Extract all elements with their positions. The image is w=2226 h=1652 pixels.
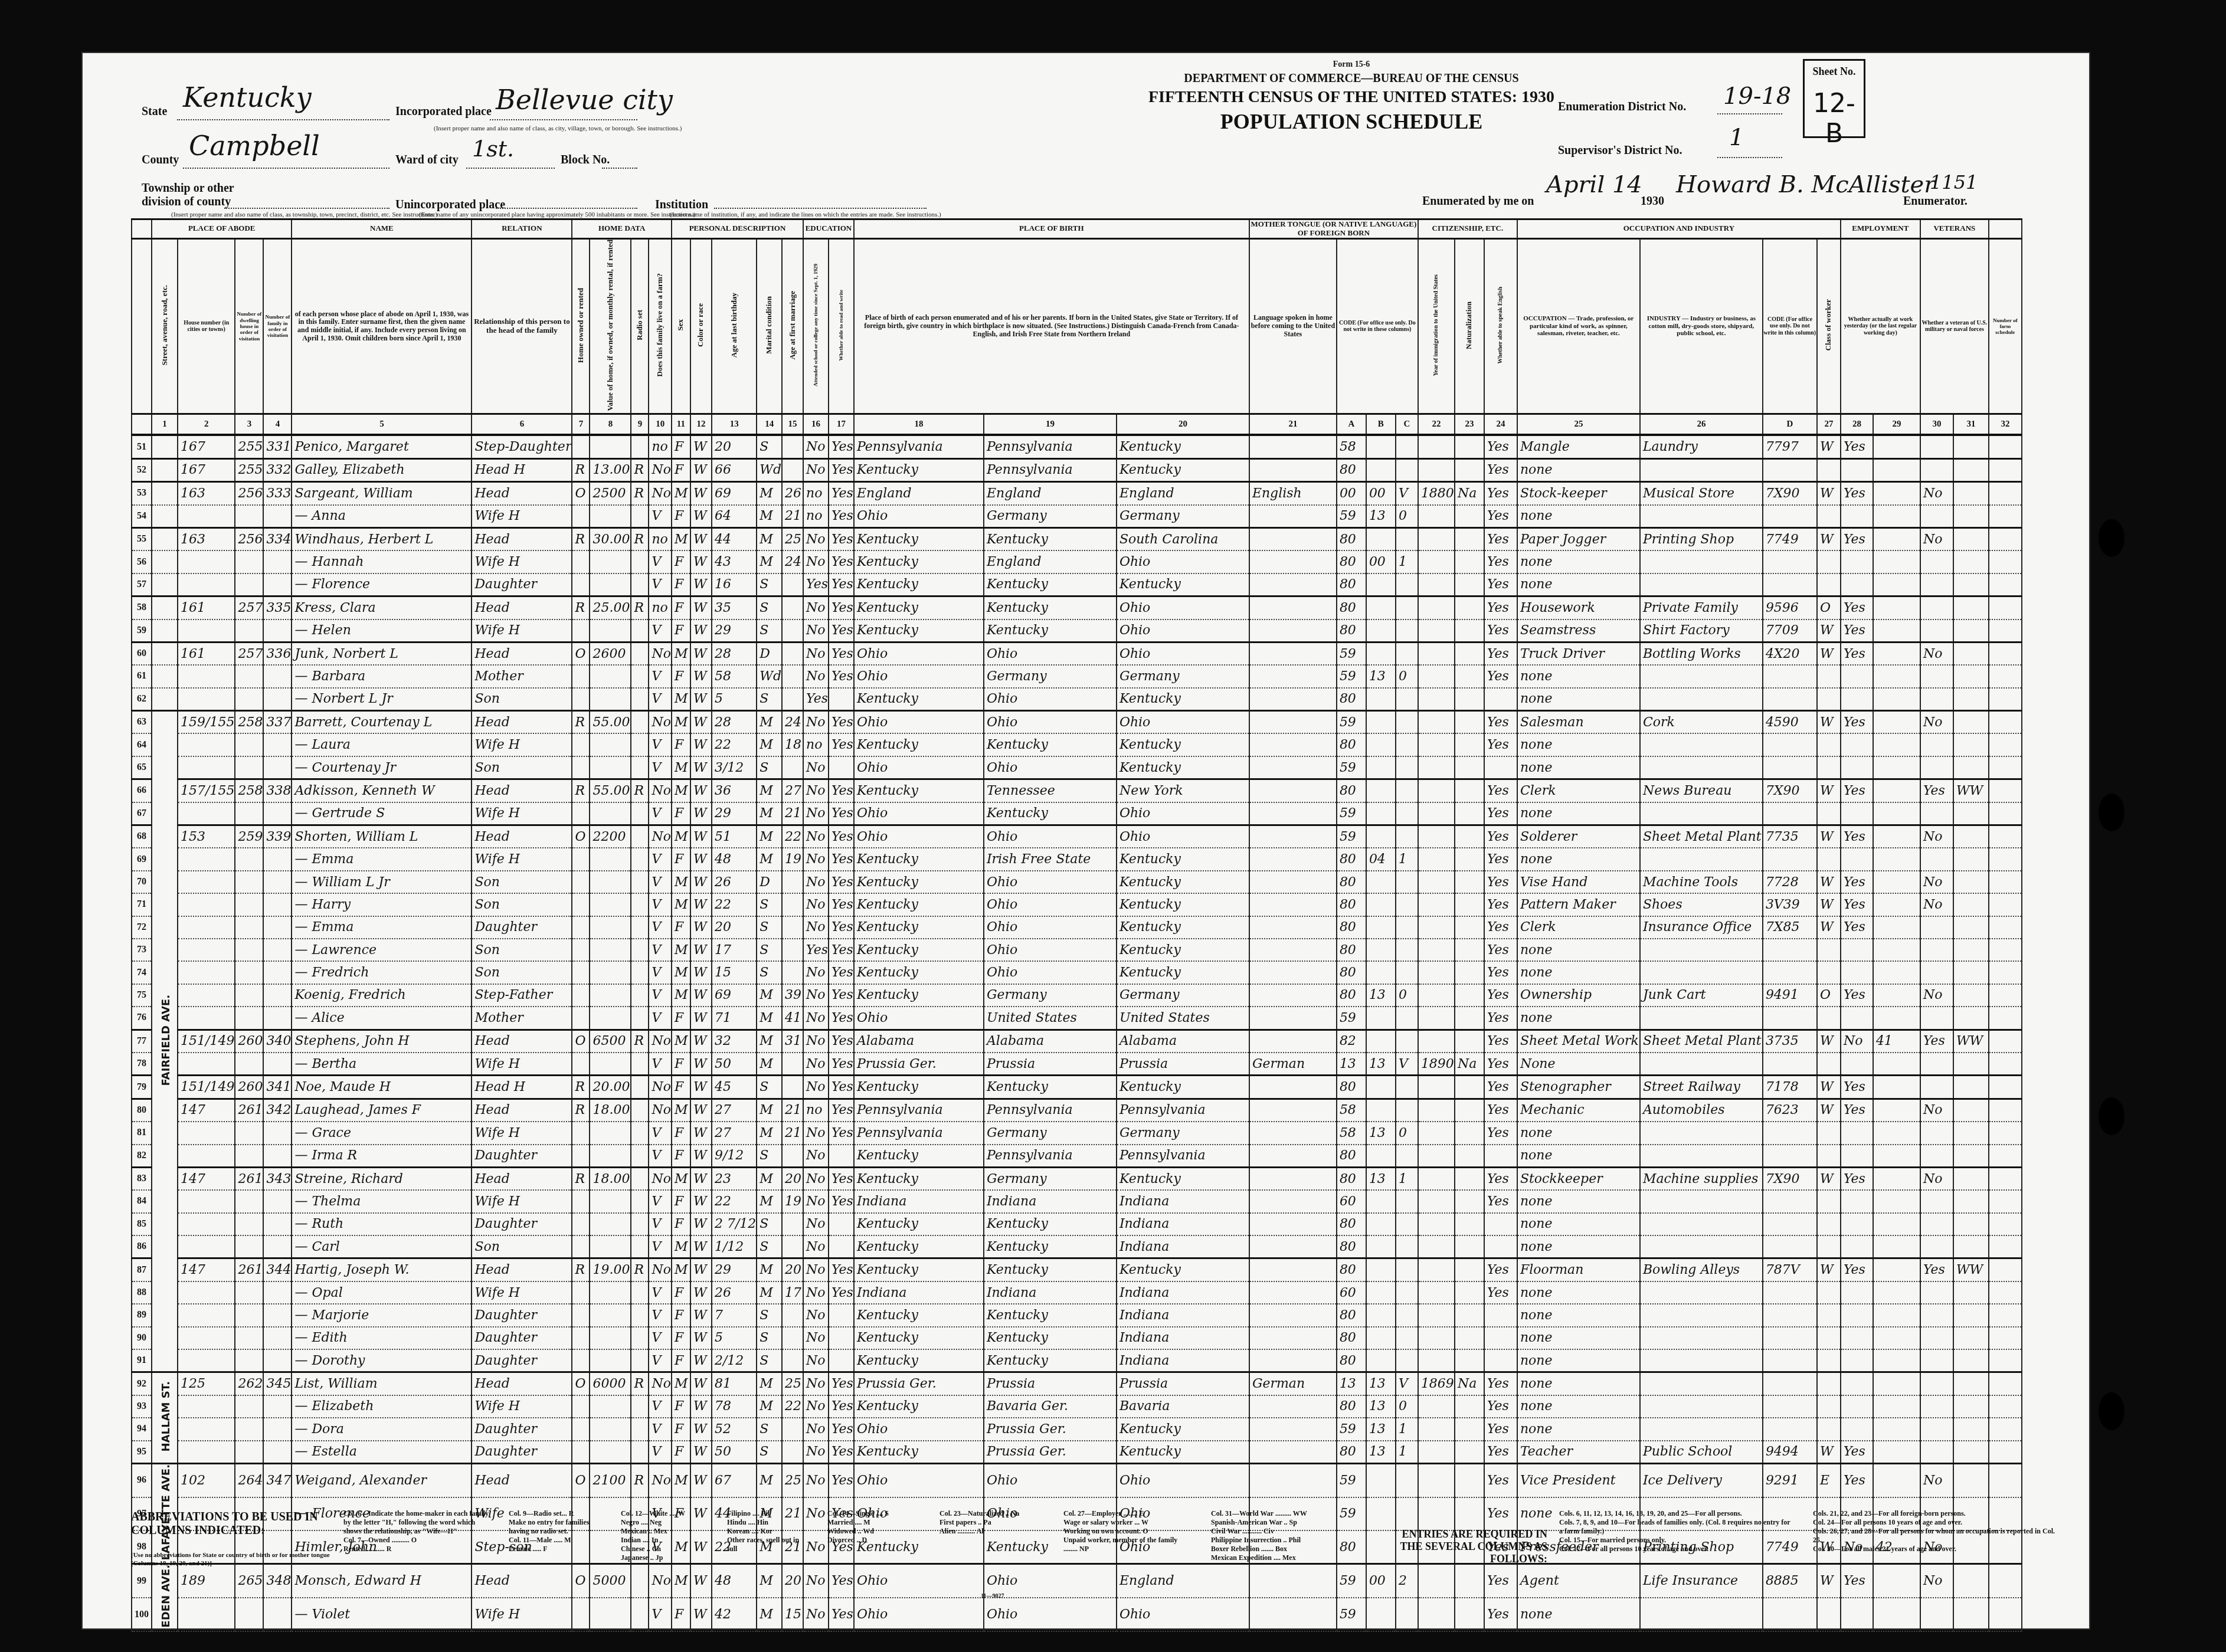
farm-schedule bbox=[1989, 961, 2022, 984]
code-b bbox=[1366, 1258, 1396, 1281]
occupation-code: 7797 bbox=[1763, 435, 1817, 458]
marital-status: S bbox=[757, 619, 782, 643]
home-value: 2600 bbox=[590, 642, 631, 665]
industry bbox=[1640, 1235, 1763, 1258]
read-write bbox=[829, 1145, 854, 1168]
line-number: 80 bbox=[132, 1099, 152, 1122]
at-work: Yes bbox=[1841, 642, 1873, 665]
age-first-marriage bbox=[782, 1213, 803, 1235]
race: W bbox=[690, 642, 712, 665]
occupation: Housework bbox=[1517, 596, 1640, 619]
speaks-english bbox=[1484, 1327, 1517, 1349]
age-first-marriage bbox=[782, 1076, 803, 1099]
read-write bbox=[829, 1213, 854, 1235]
at-work bbox=[1841, 688, 1873, 711]
birthplace-father: Kentucky bbox=[984, 1304, 1117, 1326]
house-number bbox=[178, 688, 235, 711]
dwelling-number: 261 bbox=[235, 1258, 263, 1281]
table-row: 61— BarbaraMotherVFW58WdNoYesOhioGermany… bbox=[132, 665, 2040, 687]
person-name: — Anna bbox=[292, 505, 472, 528]
birthplace-father: Kentucky bbox=[984, 733, 1117, 756]
home-tenure bbox=[572, 916, 590, 939]
code-c: 0 bbox=[1396, 1395, 1418, 1418]
home-tenure: O bbox=[572, 1030, 590, 1053]
birthplace-father: Tennessee bbox=[984, 779, 1117, 802]
table-row: 73— LawrenceSonVMW17SYesYesKentuckyOhioK… bbox=[132, 939, 2040, 961]
unincorporated-field-line bbox=[496, 208, 637, 209]
age: 23 bbox=[712, 1167, 757, 1190]
occupation: Floorman bbox=[1517, 1258, 1640, 1281]
sex: M bbox=[672, 482, 690, 505]
family-number bbox=[263, 665, 292, 687]
home-tenure bbox=[572, 733, 590, 756]
mother-tongue bbox=[1249, 619, 1337, 643]
table-row: 92HALLAM ST.125262345List, WilliamHeadO6… bbox=[132, 1372, 2040, 1395]
birthplace-father: Kentucky bbox=[984, 527, 1117, 550]
naturalization bbox=[1455, 916, 1484, 939]
birthplace-mother: Kentucky bbox=[1117, 573, 1249, 596]
schedule-title: POPULATION SCHEDULE bbox=[1086, 109, 1617, 134]
unemployment-line bbox=[1873, 848, 1920, 870]
house-number bbox=[178, 550, 235, 573]
farm-schedule bbox=[1989, 1418, 2022, 1440]
class-of-worker-head: Class of worker bbox=[1817, 238, 1841, 414]
column-number: 26 bbox=[1640, 414, 1763, 435]
mother-tongue bbox=[1249, 550, 1337, 573]
code-c bbox=[1396, 1327, 1418, 1349]
age: 51 bbox=[712, 825, 757, 848]
family-number bbox=[263, 1190, 292, 1212]
farm: V bbox=[649, 1122, 672, 1144]
unemployment-line bbox=[1873, 1145, 1920, 1168]
birthplace-father: Kentucky bbox=[984, 596, 1117, 619]
occupation: Salesman bbox=[1517, 711, 1640, 734]
naturalization bbox=[1455, 802, 1484, 825]
farm: V bbox=[649, 1213, 672, 1235]
home-tenure bbox=[572, 1053, 590, 1076]
street-name bbox=[152, 665, 178, 687]
industry bbox=[1640, 1122, 1763, 1144]
marital-status: S bbox=[757, 1213, 782, 1235]
school: No bbox=[803, 1190, 829, 1212]
birthplace-father: Kentucky bbox=[984, 1349, 1117, 1372]
family-number: 338 bbox=[263, 779, 292, 802]
age-marriage-head: Age at first marriage bbox=[782, 238, 803, 414]
birthplace-person: Alabama bbox=[854, 1030, 984, 1053]
sex: F bbox=[672, 435, 690, 458]
dwelling-number bbox=[235, 1122, 263, 1144]
farm: V bbox=[649, 1418, 672, 1440]
farm: no bbox=[649, 435, 672, 458]
birthplace-person: Ohio bbox=[854, 505, 984, 528]
occupation: Teacher bbox=[1517, 1441, 1640, 1464]
sex: M bbox=[672, 1099, 690, 1122]
industry bbox=[1640, 573, 1763, 596]
state-label: State bbox=[142, 105, 167, 119]
birthplace-father: Ohio bbox=[984, 939, 1117, 961]
table-row: 63FAIRFIELD AVE.159/155258337Barrett, Co… bbox=[132, 711, 2040, 734]
naturalization bbox=[1455, 711, 1484, 734]
home-tenure: O bbox=[572, 1372, 590, 1395]
marital-status: M bbox=[757, 1053, 782, 1076]
occupation-code: 9491 bbox=[1763, 984, 1817, 1007]
home-tenure: R bbox=[572, 779, 590, 802]
sex: F bbox=[672, 1007, 690, 1030]
occupation: Ownership bbox=[1517, 984, 1640, 1007]
farm: No bbox=[649, 1076, 672, 1099]
house-number bbox=[178, 665, 235, 687]
farm-schedule bbox=[1989, 1145, 2022, 1168]
radio-set bbox=[631, 1327, 649, 1349]
family-number: 345 bbox=[263, 1372, 292, 1395]
sheet-number-box: Sheet No. 12-B bbox=[1803, 59, 1865, 138]
birthplace-person: Kentucky bbox=[854, 1145, 984, 1168]
code-a: 80 bbox=[1337, 550, 1366, 573]
war bbox=[1953, 642, 1989, 665]
mother-tongue: German bbox=[1249, 1053, 1337, 1076]
line-number: 58 bbox=[132, 596, 152, 619]
mother-tongue bbox=[1249, 939, 1337, 961]
school: No bbox=[803, 1122, 829, 1144]
code-b bbox=[1366, 1190, 1396, 1212]
relation: Step-Father bbox=[472, 984, 572, 1007]
person-name: — Estella bbox=[292, 1441, 472, 1464]
home-value: 20.00 bbox=[590, 1076, 631, 1099]
war bbox=[1953, 1145, 1989, 1168]
code-a: 13 bbox=[1337, 1372, 1366, 1395]
code-c bbox=[1396, 756, 1418, 779]
farm-schedule bbox=[1989, 688, 2022, 711]
read-write bbox=[829, 1235, 854, 1258]
at-work bbox=[1841, 802, 1873, 825]
abbreviations-title: ABBREVIATIONS TO BE USED IN COLUMNS INDI… bbox=[131, 1510, 332, 1538]
unemployment-line: 41 bbox=[1873, 1030, 1920, 1053]
relation: Wife H bbox=[472, 550, 572, 573]
column-number: 1 bbox=[152, 414, 178, 435]
industry: Ice Delivery bbox=[1640, 1463, 1763, 1497]
abbr-col14: Col. 14—Single .... S Married .... M Wid… bbox=[827, 1509, 910, 1545]
employment-note-head: Whether actually at work yesterday (or t… bbox=[1841, 238, 1920, 414]
veteran bbox=[1920, 1304, 1953, 1326]
occupation-code bbox=[1763, 939, 1817, 961]
speaks-english: Yes bbox=[1484, 435, 1517, 458]
speaks-english bbox=[1484, 1304, 1517, 1326]
mother-tongue bbox=[1249, 1213, 1337, 1235]
birthplace-mother: Germany bbox=[1117, 505, 1249, 528]
marital-status: S bbox=[757, 1441, 782, 1464]
age-first-marriage: 18 bbox=[782, 733, 803, 756]
birthplace-person: Kentucky bbox=[854, 527, 984, 550]
person-name: — Ruth bbox=[292, 1213, 472, 1235]
age: 28 bbox=[712, 642, 757, 665]
at-work bbox=[1841, 1145, 1873, 1168]
birthplace-father: Ohio bbox=[984, 1463, 1117, 1497]
class-of-worker bbox=[1817, 1281, 1841, 1304]
age-first-marriage: 39 bbox=[782, 984, 803, 1007]
at-work: Yes bbox=[1841, 893, 1873, 916]
home-value bbox=[590, 1441, 631, 1464]
radio-set bbox=[631, 1053, 649, 1076]
relation: Son bbox=[472, 1235, 572, 1258]
age: 36 bbox=[712, 779, 757, 802]
mother-tongue bbox=[1249, 733, 1337, 756]
industry bbox=[1640, 733, 1763, 756]
unincorporated-note: (Enter name of any unincorporated place … bbox=[419, 211, 695, 218]
farm-schedule bbox=[1989, 756, 2022, 779]
person-name: Noe, Maude H bbox=[292, 1076, 472, 1099]
radio-set bbox=[631, 1007, 649, 1030]
mother-tongue bbox=[1249, 573, 1337, 596]
marital-status: S bbox=[757, 1145, 782, 1168]
house-number bbox=[178, 1190, 235, 1212]
class-of-worker: W bbox=[1817, 916, 1841, 939]
occupation-code: 4X20 bbox=[1763, 642, 1817, 665]
radio-set bbox=[631, 688, 649, 711]
birthplace-mother: Germany bbox=[1117, 665, 1249, 687]
age: 69 bbox=[712, 984, 757, 1007]
radio-set bbox=[631, 1145, 649, 1168]
table-row: 96LAFAYETTE AVE.102264347Weigand, Alexan… bbox=[132, 1463, 2040, 1497]
occupation-code-head: CODE (For office use only. Do not write … bbox=[1763, 238, 1817, 414]
home-tenure bbox=[572, 871, 590, 893]
marital-status: M bbox=[757, 1190, 782, 1212]
code-c bbox=[1396, 1304, 1418, 1326]
marital-status: S bbox=[757, 435, 782, 458]
read-write: Yes bbox=[829, 733, 854, 756]
naturalization bbox=[1455, 435, 1484, 458]
ward-value: 1st. bbox=[472, 136, 514, 162]
language-code-head: CODE (For office use only. Do not write … bbox=[1337, 238, 1418, 414]
age-first-marriage bbox=[782, 435, 803, 458]
race: W bbox=[690, 596, 712, 619]
relation: Wife H bbox=[472, 505, 572, 528]
person-name: — Barbara bbox=[292, 665, 472, 687]
birthplace-mother: England bbox=[1117, 482, 1249, 505]
marital-status: S bbox=[757, 1235, 782, 1258]
table-row: 77151/149260340Stephens, John HHeadO6500… bbox=[132, 1030, 2040, 1053]
sheet-number-value: 12-B bbox=[1805, 88, 1864, 149]
family-number: 340 bbox=[263, 1030, 292, 1053]
school: No bbox=[803, 665, 829, 687]
home-tenure bbox=[572, 1281, 590, 1304]
school: no bbox=[803, 1099, 829, 1122]
war bbox=[1953, 871, 1989, 893]
family-number bbox=[263, 505, 292, 528]
birthplace-mother: Ohio bbox=[1117, 802, 1249, 825]
code-a: 80 bbox=[1337, 1349, 1366, 1372]
mother-tongue bbox=[1249, 756, 1337, 779]
home-value bbox=[590, 893, 631, 916]
mother-tongue bbox=[1249, 1190, 1337, 1212]
read-write bbox=[829, 756, 854, 779]
veteran: No bbox=[1920, 482, 1953, 505]
dwelling-number bbox=[235, 802, 263, 825]
column-number: 18 bbox=[854, 414, 984, 435]
enumerator-name: Howard B. McAllister bbox=[1676, 171, 1935, 198]
farm: no bbox=[649, 596, 672, 619]
race: W bbox=[690, 527, 712, 550]
family-number: 344 bbox=[263, 1258, 292, 1281]
column-number: 16 bbox=[803, 414, 829, 435]
age: 5 bbox=[712, 688, 757, 711]
dwelling-number bbox=[235, 1395, 263, 1418]
sex: M bbox=[672, 711, 690, 734]
birthplace-father: Ohio bbox=[984, 642, 1117, 665]
code-b bbox=[1366, 893, 1396, 916]
school: No bbox=[803, 1327, 829, 1349]
farm-schedule bbox=[1989, 1258, 2022, 1281]
family-number: 334 bbox=[263, 527, 292, 550]
ward-label: Ward of city bbox=[395, 153, 459, 167]
occupation: Vice President bbox=[1517, 1463, 1640, 1497]
relation: Son bbox=[472, 961, 572, 984]
farm-schedule bbox=[1989, 1122, 2022, 1144]
code-c: V bbox=[1396, 1372, 1418, 1395]
farm: V bbox=[649, 1145, 672, 1168]
code-b bbox=[1366, 961, 1396, 984]
birthplace-father: United States bbox=[984, 1007, 1117, 1030]
code-b: 13 bbox=[1366, 1441, 1396, 1464]
industry bbox=[1640, 1372, 1763, 1395]
family-number bbox=[263, 1053, 292, 1076]
unemployment-line bbox=[1873, 1167, 1920, 1190]
person-name: — Dorothy bbox=[292, 1349, 472, 1372]
home-value bbox=[590, 1213, 631, 1235]
sex: M bbox=[672, 1463, 690, 1497]
relation: Head bbox=[472, 825, 572, 848]
war bbox=[1953, 939, 1989, 961]
code-b bbox=[1366, 756, 1396, 779]
title-block: Form 15-6 DEPARTMENT OF COMMERCE—BUREAU … bbox=[1086, 53, 1617, 134]
code-c: 1 bbox=[1396, 1441, 1418, 1464]
mother-tongue bbox=[1249, 505, 1337, 528]
naturalization bbox=[1455, 1395, 1484, 1418]
industry: Printing Shop bbox=[1640, 527, 1763, 550]
home-tenure bbox=[572, 984, 590, 1007]
speaks-english: Yes bbox=[1484, 505, 1517, 528]
sex: M bbox=[672, 1030, 690, 1053]
block-field-line bbox=[602, 168, 637, 169]
home-tenure: R bbox=[572, 1167, 590, 1190]
industry bbox=[1640, 1281, 1763, 1304]
sex: F bbox=[672, 1053, 690, 1076]
tenure-head: Home owned or rented bbox=[572, 238, 590, 414]
industry bbox=[1640, 458, 1763, 481]
occupation: none bbox=[1517, 756, 1640, 779]
unemployment-line bbox=[1873, 1235, 1920, 1258]
school: No bbox=[803, 527, 829, 550]
industry: Junk Cart bbox=[1640, 984, 1763, 1007]
dwelling-number: 257 bbox=[235, 642, 263, 665]
sex: F bbox=[672, 1304, 690, 1326]
home-tenure bbox=[572, 756, 590, 779]
birthplace-mother: Kentucky bbox=[1117, 1441, 1249, 1464]
birthplace-person: Kentucky bbox=[854, 1304, 984, 1326]
farm: V bbox=[649, 573, 672, 596]
family-number bbox=[263, 1281, 292, 1304]
occupation: Sheet Metal Work bbox=[1517, 1030, 1640, 1053]
marital-status: S bbox=[757, 893, 782, 916]
industry: Automobiles bbox=[1640, 1099, 1763, 1122]
at-work bbox=[1841, 939, 1873, 961]
mother-tongue-group: MOTHER TONGUE (OR NATIVE LANGUAGE) OF FO… bbox=[1249, 219, 1418, 239]
class-of-worker: W bbox=[1817, 1076, 1841, 1099]
occupation: none bbox=[1517, 939, 1640, 961]
race: W bbox=[690, 984, 712, 1007]
race: W bbox=[690, 1327, 712, 1349]
speaks-english: Yes bbox=[1484, 642, 1517, 665]
age: 29 bbox=[712, 1258, 757, 1281]
mother-tongue bbox=[1249, 527, 1337, 550]
mother-tongue bbox=[1249, 665, 1337, 687]
column-number: 8 bbox=[590, 414, 631, 435]
code-b: 13 bbox=[1366, 1372, 1396, 1395]
speaks-english: Yes bbox=[1484, 665, 1517, 687]
industry bbox=[1640, 1213, 1763, 1235]
marital-status: S bbox=[757, 573, 782, 596]
read-write: Yes bbox=[829, 1030, 854, 1053]
column-number: 24 bbox=[1484, 414, 1517, 435]
unincorporated-label: Unincorporated place bbox=[395, 198, 505, 212]
code-a: 80 bbox=[1337, 916, 1366, 939]
table-row: 69— EmmaWife HVFW48M19NoYesKentuckyIrish… bbox=[132, 848, 2040, 870]
sex: M bbox=[672, 893, 690, 916]
radio-set bbox=[631, 1190, 649, 1212]
occupation: none bbox=[1517, 1007, 1640, 1030]
binder-hole bbox=[2099, 794, 2124, 831]
race: W bbox=[690, 1441, 712, 1464]
county-value: Campbell bbox=[189, 130, 320, 162]
home-tenure: O bbox=[572, 1463, 590, 1497]
code-b bbox=[1366, 1007, 1396, 1030]
veteran bbox=[1920, 1122, 1953, 1144]
street-name bbox=[152, 550, 178, 573]
farm: No bbox=[649, 482, 672, 505]
farm-schedule bbox=[1989, 848, 2022, 870]
dwelling-number: 261 bbox=[235, 1099, 263, 1122]
naturalization bbox=[1455, 871, 1484, 893]
person-name: — William L Jr bbox=[292, 871, 472, 893]
line-number: 69 bbox=[132, 848, 152, 870]
occupation: Vise Hand bbox=[1517, 871, 1640, 893]
mother-tongue bbox=[1249, 802, 1337, 825]
sex: F bbox=[672, 665, 690, 687]
dwelling-number bbox=[235, 848, 263, 870]
school: No bbox=[803, 1441, 829, 1464]
speaks-english: Yes bbox=[1484, 1167, 1517, 1190]
read-write: Yes bbox=[829, 1076, 854, 1099]
occupation: none bbox=[1517, 573, 1640, 596]
birthplace-person: Prussia Ger. bbox=[854, 1372, 984, 1395]
table-row: 87147261344Hartig, Joseph W.HeadR19.00RN… bbox=[132, 1258, 2040, 1281]
war bbox=[1953, 802, 1989, 825]
dwelling-number bbox=[235, 1304, 263, 1326]
race: W bbox=[690, 573, 712, 596]
at-work: Yes bbox=[1841, 916, 1873, 939]
name-head: of each person whose place of abode on A… bbox=[292, 238, 472, 414]
immigration-year-head: Year of immigration to the United States bbox=[1418, 238, 1455, 414]
column-number: 27 bbox=[1817, 414, 1841, 435]
veteran: No bbox=[1920, 527, 1953, 550]
class-of-worker: W bbox=[1817, 1167, 1841, 1190]
entries-required-title: ENTRIES ARE REQUIRED IN THE SEVERAL COLU… bbox=[1382, 1528, 1547, 1565]
naturalization-head: Naturalization bbox=[1455, 238, 1484, 414]
age-first-marriage bbox=[782, 756, 803, 779]
industry: Shirt Factory bbox=[1640, 619, 1763, 643]
incorporated-field-line bbox=[490, 119, 637, 120]
sex: F bbox=[672, 550, 690, 573]
house-number bbox=[178, 848, 235, 870]
